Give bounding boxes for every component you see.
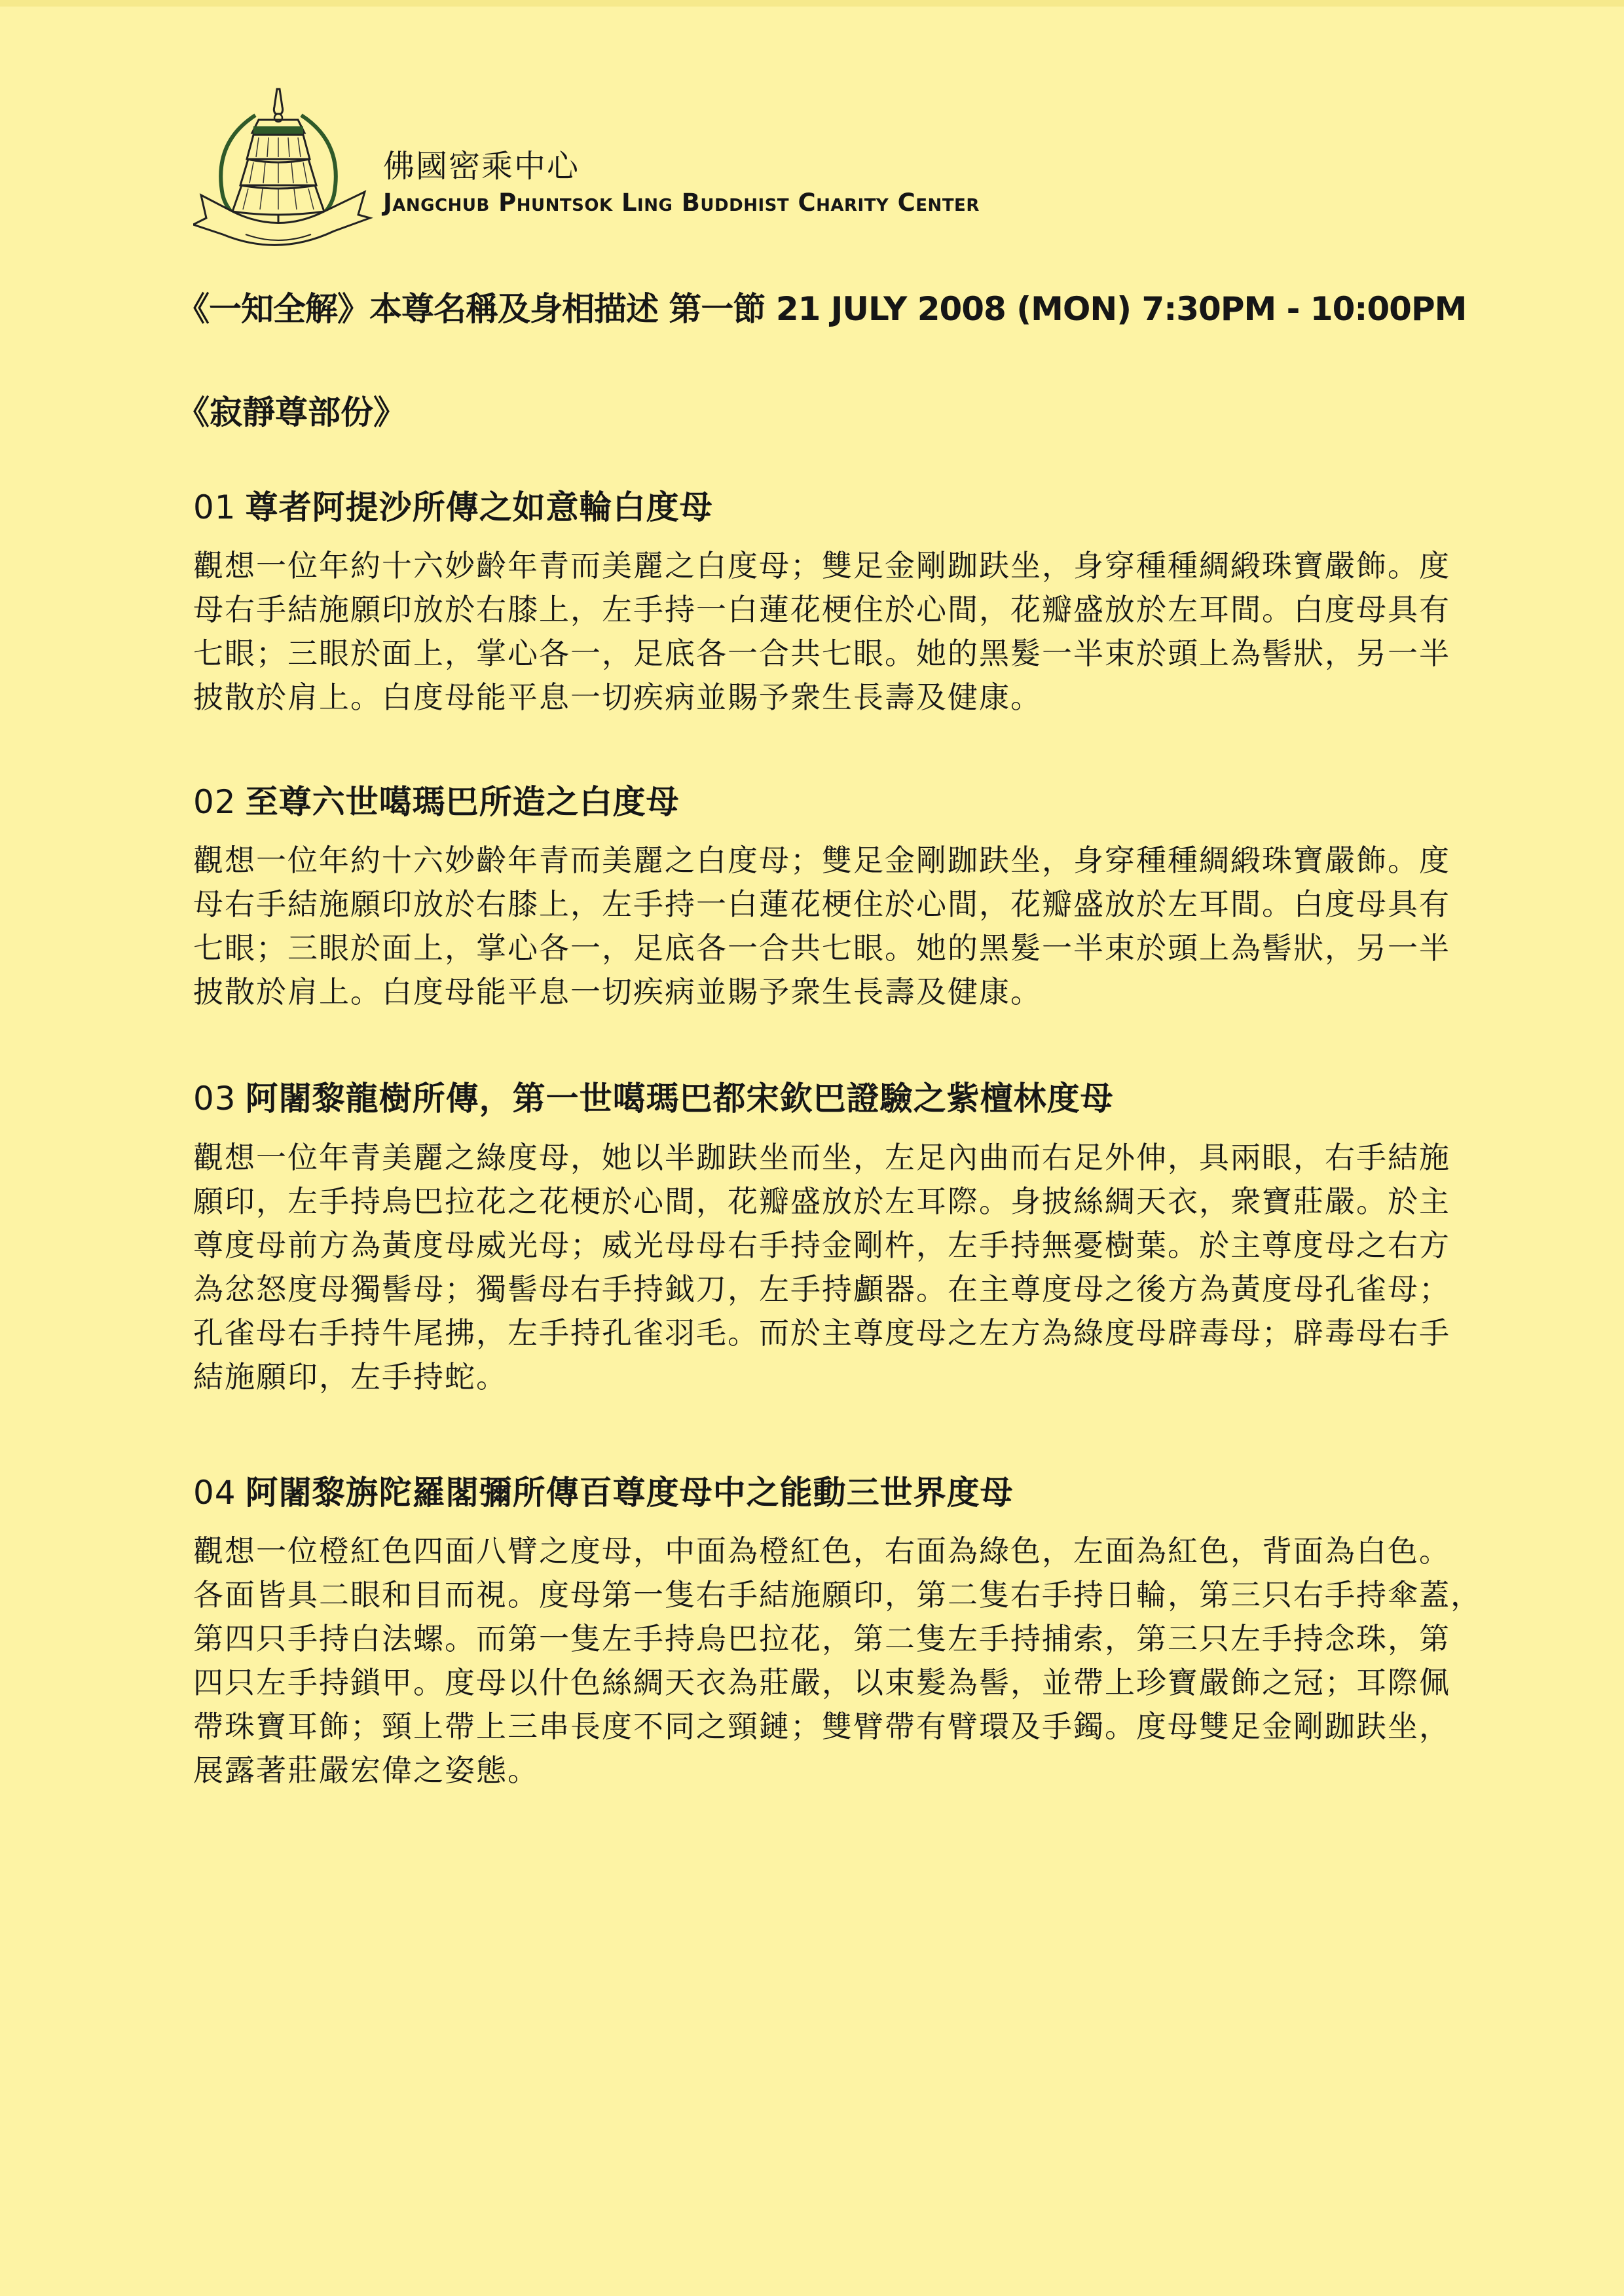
- entry-01-line: 觀想一位年約十六妙齡年青而美麗之白度母；雙足金剛跏趺坐，身穿種種綢緞珠寶嚴飾。度: [193, 542, 1450, 585]
- entry-01-line: 七眼；三眼於面上，掌心各一，足底各一合共七眼。她的黑髮一半束於頭上為髻狀，另一半: [193, 630, 1450, 673]
- entry-heading-03: 03阿闍黎龍樹所傳，第一世噶瑪巴都宋欽巴證驗之紫檀林度母: [193, 1072, 1114, 1120]
- entry-02-line: 七眼；三眼於面上，掌心各一，足底各一合共七眼。她的黑髮一半束於頭上為髻狀，另一半: [193, 924, 1450, 968]
- entry-02-line: 披散於肩上。白度母能平息一切疾病並賜予衆生長壽及健康。: [193, 968, 1042, 1011]
- entry-heading-02: 02至尊六世噶瑪巴所造之白度母: [193, 776, 680, 823]
- stupa-wreath-logo-icon: [193, 77, 377, 261]
- entry-04-line: 四只左手持鎖甲。度母以什色絲綢天衣為莊嚴，以束髮為髻，並帶上珍寶嚴飾之冠；耳際佩: [193, 1659, 1450, 1702]
- entry-heading-04: 04阿闍黎旃陀羅閣彌所傳百尊度母中之能動三世界度母: [193, 1467, 1014, 1514]
- entry-04-line: 觀想一位橙紅色四面八臂之度母，中面為橙紅色，右面為綠色，左面為紅色，背面為白色。: [193, 1527, 1450, 1571]
- entry-03-line: 結施願印，左手持蛇。: [193, 1353, 507, 1396]
- entry-number: 03: [193, 1080, 236, 1118]
- entry-04-line: 展露著莊嚴宏偉之姿態。: [193, 1747, 539, 1790]
- entry-01-line: 披散於肩上。白度母能平息一切疾病並賜予衆生長壽及健康。: [193, 674, 1042, 717]
- entry-title: 阿闍黎龍樹所傳，第一世噶瑪巴都宋欽巴證驗之紫檀林度母: [246, 1080, 1114, 1118]
- entry-number: 01: [193, 488, 236, 526]
- org-name-english: Jangchub Phuntsok Ling Buddhist Charity …: [383, 189, 980, 217]
- entry-03-line: 觀想一位年青美麗之綠度母，她以半跏趺坐而坐，左足內曲而右足外伸，具兩眼，右手結施: [193, 1134, 1450, 1177]
- org-name-chinese: 佛國密乘中心: [383, 141, 580, 186]
- entry-02-line: 母右手結施願印放於右膝上，左手持一白蓮花梗住於心間，花瓣盛放於左耳間。白度母具有: [193, 881, 1450, 924]
- entry-03-line: 為忿怒度母獨髻母；獨髻母右手持鉞刀，左手持顱器。在主尊度母之後方為黃度母孔雀母；: [193, 1266, 1450, 1309]
- entry-heading-01: 01尊者阿提沙所傳之如意輪白度母: [193, 481, 713, 528]
- entry-02-line: 觀想一位年約十六妙齡年青而美麗之白度母；雙足金剛跏趺坐，身穿種種綢緞珠寶嚴飾。度: [193, 837, 1450, 880]
- entry-03-line: 尊度母前方為黃度母威光母；威光母母右手持金剛杵，左手持無憂樹葉。於主尊度母之右方: [193, 1222, 1450, 1265]
- entry-title: 尊者阿提沙所傳之如意輪白度母: [246, 488, 713, 526]
- entry-01-line: 母右手結施願印放於右膝上，左手持一白蓮花梗住於心間，花瓣盛放於左耳間。白度母具有: [193, 586, 1450, 629]
- entry-title: 阿闍黎旃陀羅閣彌所傳百尊度母中之能動三世界度母: [246, 1474, 1014, 1512]
- document-title: 《一知全解》本尊名稱及身相描述 第一節 21 JULY 2008 (MON) 7…: [177, 283, 1466, 330]
- page-edge: [0, 0, 1624, 7]
- entry-04-line: 帶珠寶耳飾；頸上帶上三串長度不同之頸鏈；雙臂帶有臂環及手鐲。度母雙足金剛跏趺坐，: [193, 1703, 1450, 1746]
- section-label: 《寂靜尊部份》: [177, 386, 406, 433]
- entry-04-line: 各面皆具二眼和目而視。度母第一隻右手結施願印，第二隻右手持日輪，第三只右手持傘蓋…: [193, 1571, 1482, 1614]
- entry-number: 02: [193, 783, 236, 821]
- entry-title: 至尊六世噶瑪巴所造之白度母: [246, 783, 680, 821]
- entry-03-line: 願印，左手持烏巴拉花之花梗於心間，花瓣盛放於左耳際。身披絲綢天衣，衆寶莊嚴。於主: [193, 1178, 1450, 1221]
- entry-03-line: 孔雀母右手持牛尾拂，左手持孔雀羽毛。而於主尊度母之左方為綠度母辟毒母；辟毒母右手: [193, 1309, 1450, 1353]
- entry-number: 04: [193, 1474, 236, 1512]
- entry-04-line: 第四只手持白法螺。而第一隻左手持烏巴拉花，第二隻左手持捕索，第三只左手持念珠，第: [193, 1615, 1450, 1658]
